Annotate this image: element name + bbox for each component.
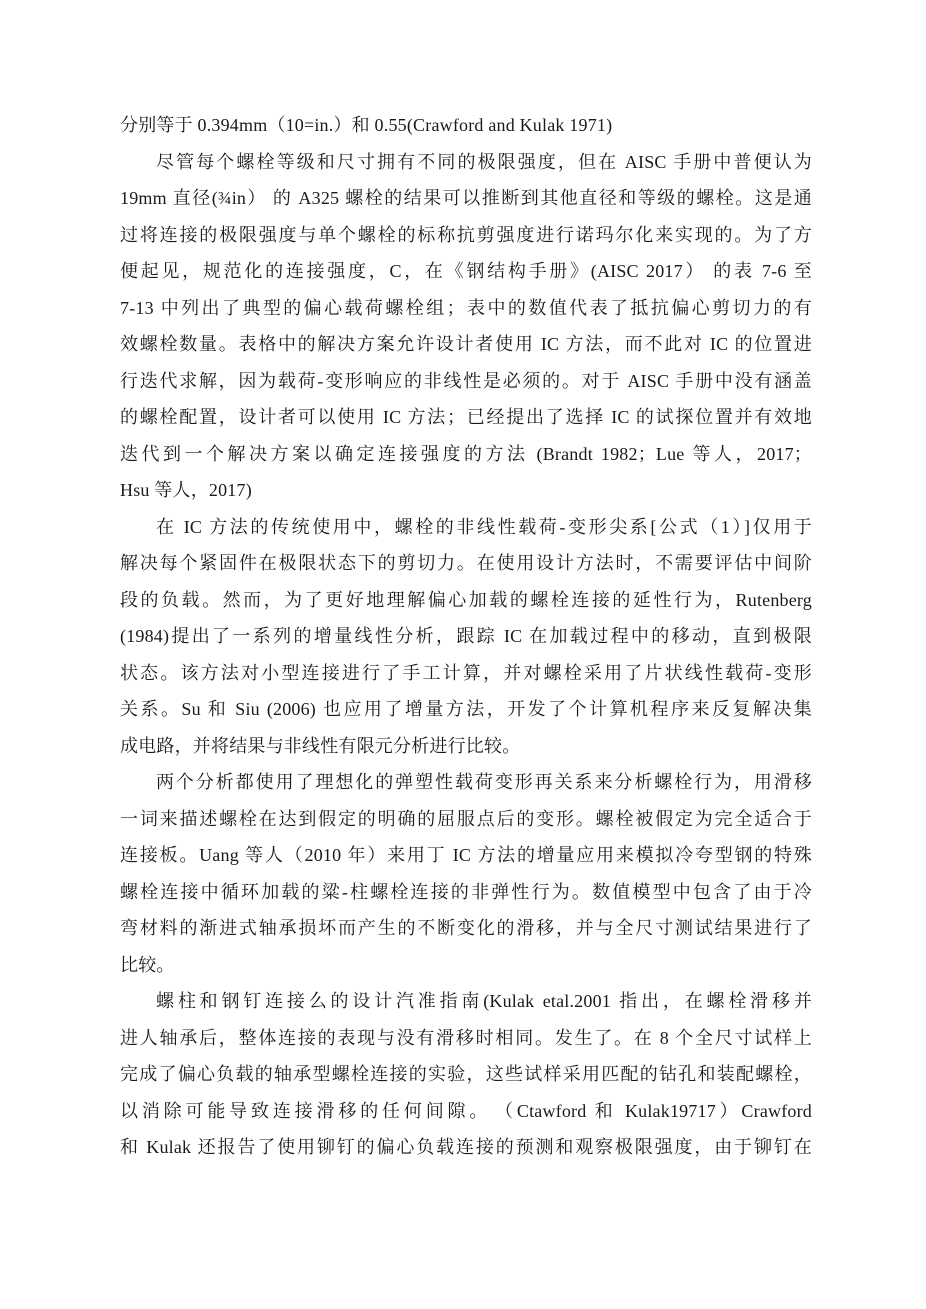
text-line: 以消除可能导致连接滑移的任何间隙。 （Ctawford 和 Kulak19717… bbox=[120, 1093, 812, 1130]
text-line: 两个分析都使用了理想化的弹塑性载荷变形再关系来分析螺栓行为，用滑移 bbox=[120, 764, 812, 801]
text-line: 段的负载。然而，为了更好地理解偏心加载的螺栓连接的延性行为，Rutenberg bbox=[120, 582, 812, 619]
text-line: 解决每个紧固件在极限状态下的剪切力。在使用设计方法时，不需要评估中间阶 bbox=[120, 545, 812, 582]
paragraph: 分别等于 0.394mm（10=in.）和 0.55(Crawford and … bbox=[120, 107, 812, 144]
text-line: 螺栓连接中循环加载的粱-柱螺栓连接的非弹性行为。数值模型中包含了由于冷 bbox=[120, 874, 812, 911]
document-text: 分别等于 0.394mm（10=in.）和 0.55(Crawford and … bbox=[120, 107, 812, 1166]
document-page: 分别等于 0.394mm（10=in.）和 0.55(Crawford and … bbox=[0, 0, 926, 1309]
text-line: 迭代到一个解决方案以确定连接强度的方法 (Brandt 1982；Lue 等人，… bbox=[120, 436, 812, 473]
text-line: 进人轴承后，整体连接的表现与没有滑移时相同。发生了。在 8 个全尺寸试样上 bbox=[120, 1020, 812, 1057]
text-line: 的螺栓配置，设计者可以使用 IC 方法；已经提出了选择 IC 的试探位置并有效地 bbox=[120, 399, 812, 436]
text-line: 螺柱和钢钉连接么的设计汽准指南(Kulak etal.2001 指出，在螺栓滑移… bbox=[120, 983, 812, 1020]
text-line: 在 IC 方法的传统使用中，螺栓的非线性载荷-变形尖系[公式（1）]仅用于 bbox=[120, 509, 812, 546]
text-line: 连接板。Uang 等人（2010 年）来用丁 IC 方法的增量应用来模拟冷夸型钢… bbox=[120, 837, 812, 874]
text-line: 弯材料的渐进式轴承损坏而产生的不断变化的滑移，并与全尺寸测试结果进行了 bbox=[120, 910, 812, 947]
text-line: Hsu 等人，2017) bbox=[120, 472, 812, 509]
text-line: 效螺栓数量。表格中的解决方案允许设计者使用 IC 方法，而不此对 IC 的位置进 bbox=[120, 326, 812, 363]
paragraph: 在 IC 方法的传统使用中，螺栓的非线性载荷-变形尖系[公式（1）]仅用于解决每… bbox=[120, 509, 812, 765]
text-line: 19mm 直径(¾in） 的 A325 螺栓的结果可以推断到其他直径和等级的螺栓… bbox=[120, 180, 812, 217]
text-line: 行迭代求解，因为载荷-变形响应的非线性是必须的。对于 AISC 手册中没有涵盖 bbox=[120, 363, 812, 400]
text-line: 成电路，并将结果与非线性有限元分析进行比较。 bbox=[120, 728, 812, 765]
text-line: 状态。该方法对小型连接进行了手工计算，并对螺栓采用了片状线性载荷-变形 bbox=[120, 655, 812, 692]
text-line: 比较。 bbox=[120, 947, 812, 984]
paragraph: 螺柱和钢钉连接么的设计汽准指南(Kulak etal.2001 指出，在螺栓滑移… bbox=[120, 983, 812, 1166]
text-line: 分别等于 0.394mm（10=in.）和 0.55(Crawford and … bbox=[120, 107, 812, 144]
paragraph: 两个分析都使用了理想化的弹塑性载荷变形再关系来分析螺栓行为，用滑移一词来描述螺栓… bbox=[120, 764, 812, 983]
text-line: 和 Kulak 还报告了使用铆钉的偏心负载连接的预测和观察极限强度，由于铆钉在 bbox=[120, 1129, 812, 1166]
paragraph: 尽管每个螺栓等级和尺寸拥有不同的极限强度，但在 AISC 手册中普便认为19mm… bbox=[120, 144, 812, 509]
text-line: 尽管每个螺栓等级和尺寸拥有不同的极限强度，但在 AISC 手册中普便认为 bbox=[120, 144, 812, 181]
text-line: 便起见，规范化的连接强度，C，在《钢结构手册》(AISC 2017） 的表 7-… bbox=[120, 253, 812, 290]
text-line: 过将连接的极限强度与单个螺栓的标称抗剪强度进行诺玛尔化来实现的。为了方 bbox=[120, 217, 812, 254]
text-line: (1984)提出了一系列的增量线性分析，跟踪 IC 在加载过程中的移动，直到极限 bbox=[120, 618, 812, 655]
text-line: 一词来描述螺栓在达到假定的明确的屈服点后的变形。螺栓被假定为完全适合于 bbox=[120, 801, 812, 838]
text-line: 关系。Su 和 Siu (2006) 也应用了增量方法，开发了个计算机程序来反复… bbox=[120, 691, 812, 728]
text-line: 完成了偏心负载的轴承型螺栓连接的实验，这些试样采用匹配的钻孔和装配螺栓， bbox=[120, 1056, 812, 1093]
text-line: 7-13 中列出了典型的偏心载荷螺栓组；表中的数值代表了抵抗偏心剪切力的有 bbox=[120, 290, 812, 327]
